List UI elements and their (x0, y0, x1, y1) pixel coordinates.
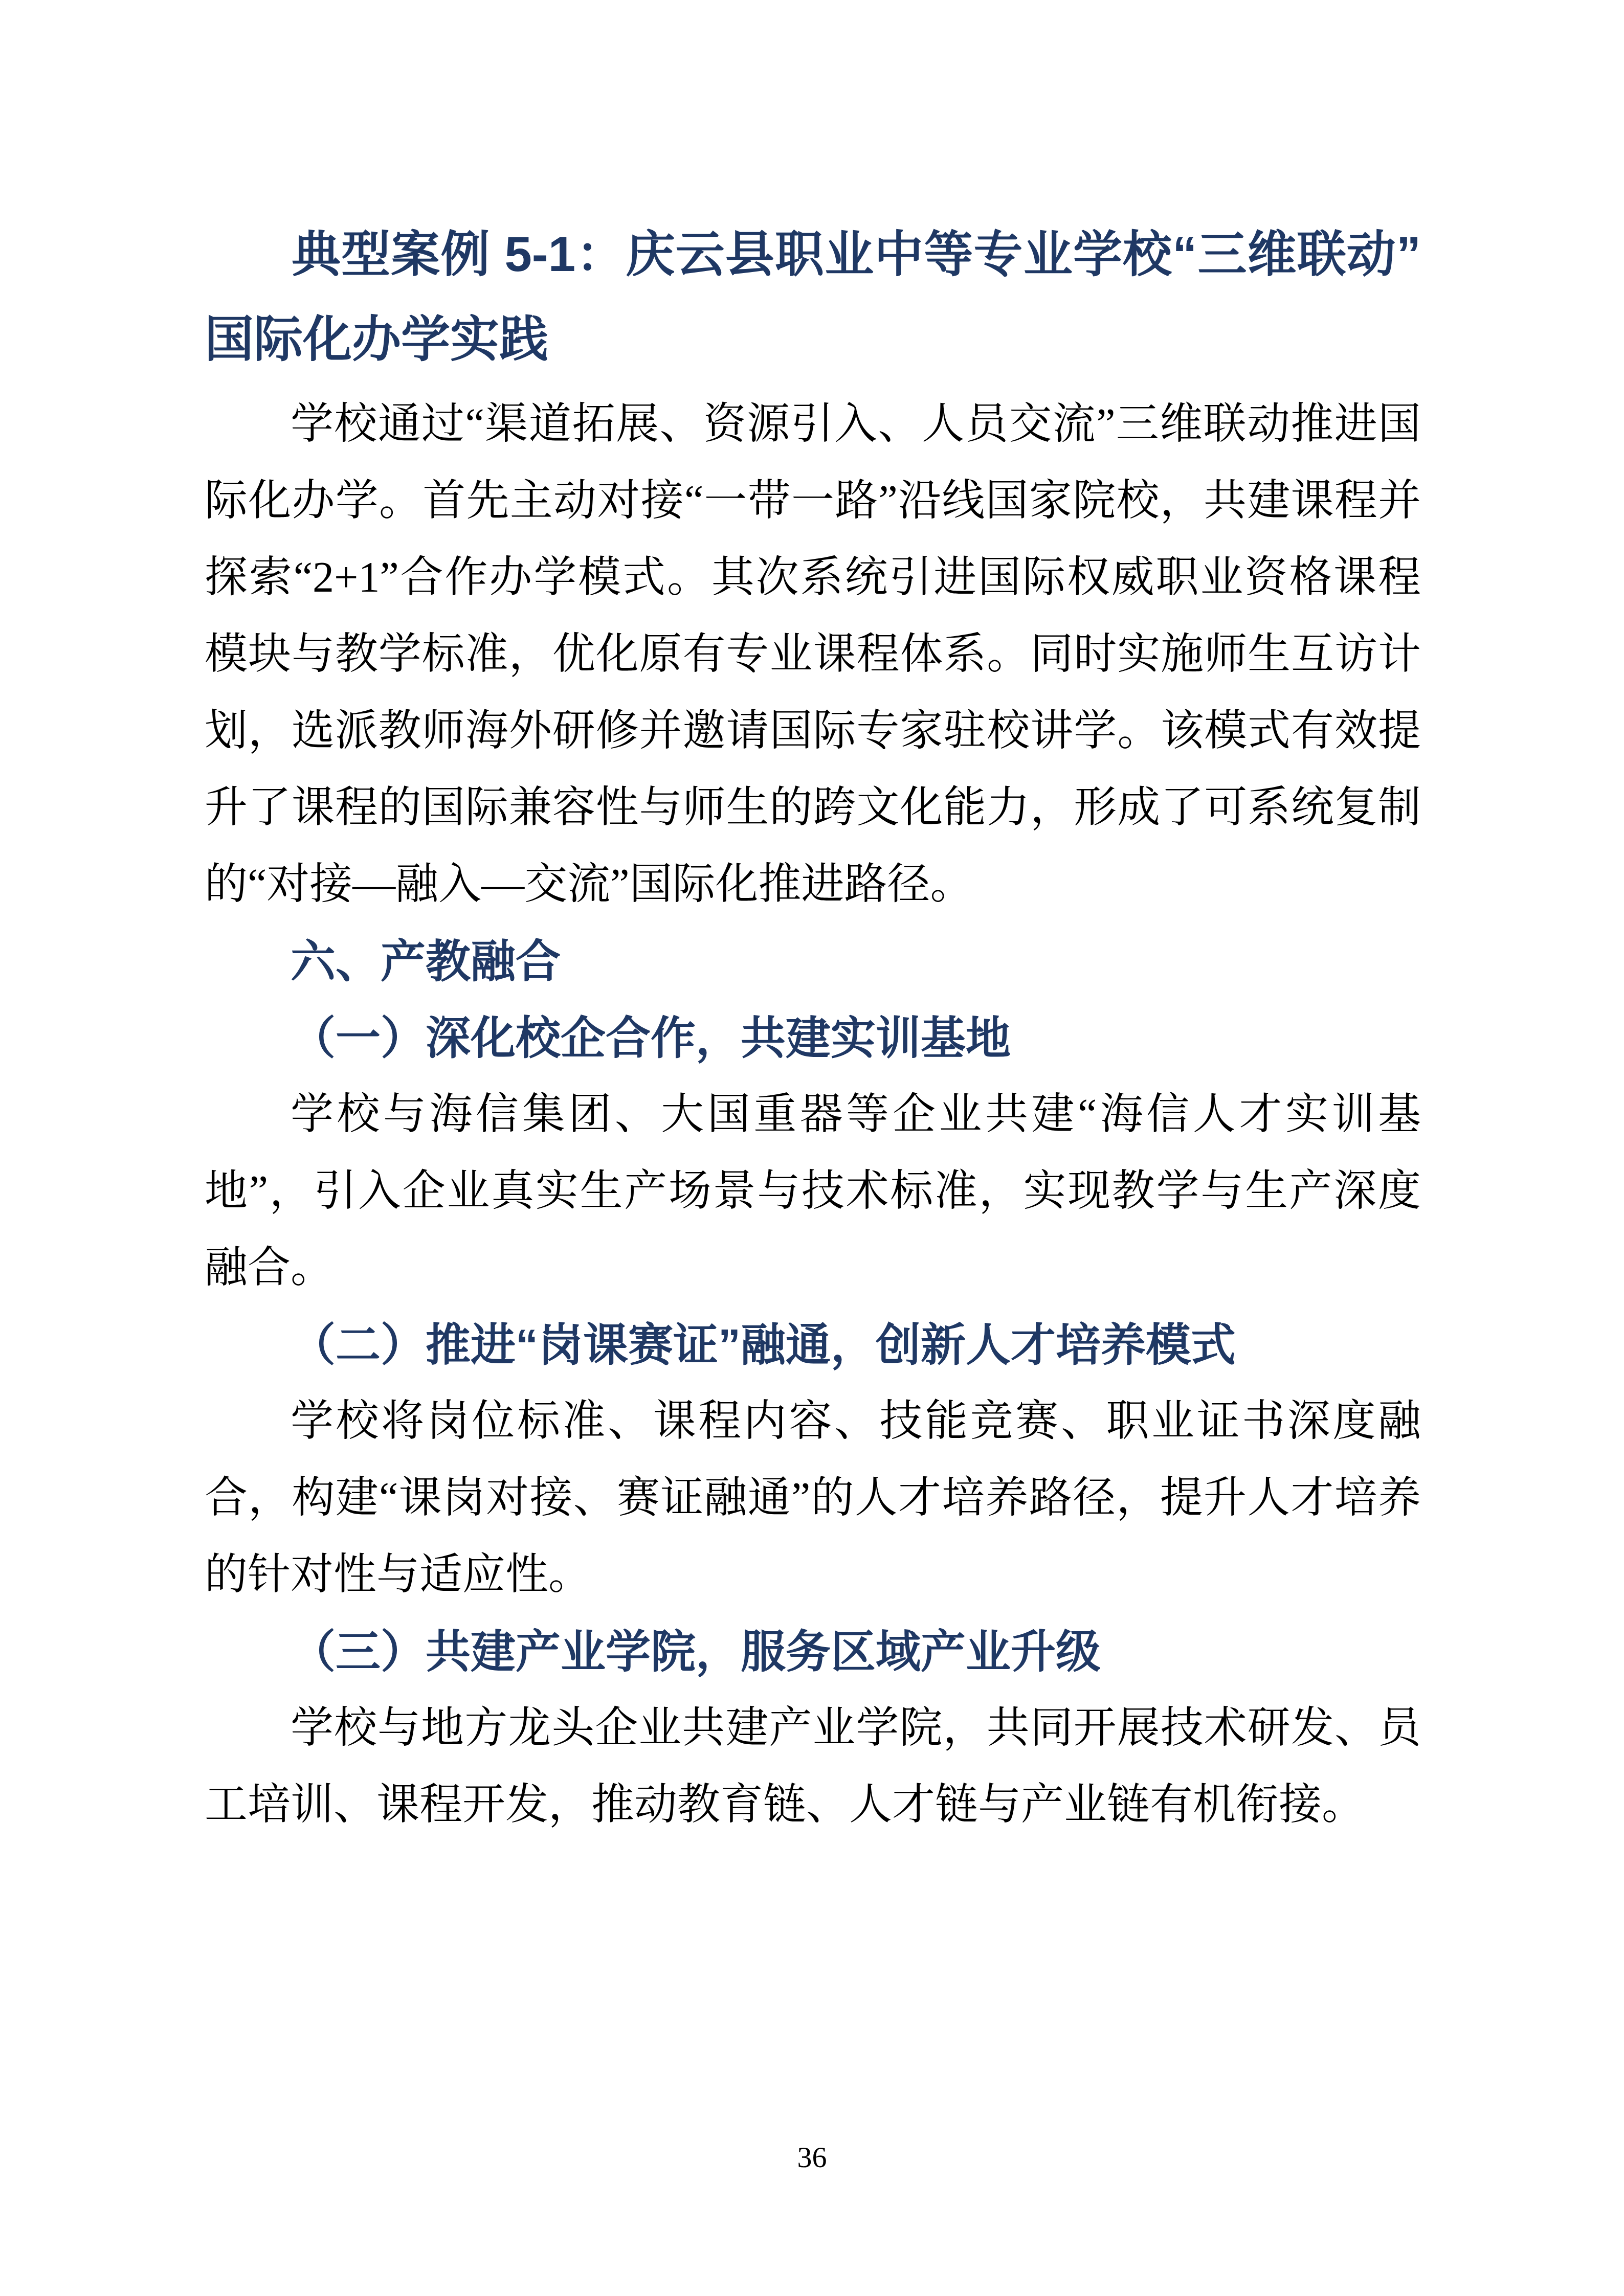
subsection-2-body: 学校将岗位标准、课程内容、技能竞赛、职业证书深度融合，构建“课岗对接、赛证融通”… (205, 1383, 1421, 1613)
page-content: 典型案例 5-1：庆云县职业中等专业学校“三维联动”国际化办学实践 学校通过“渠… (205, 212, 1421, 1843)
subsection-2-heading: （二）推进“岗课赛证”融通，创新人才培养模式 (205, 1307, 1421, 1383)
subsection-3-body: 学校与地方龙头企业共建产业学院，共同开展技术研发、员工培训、课程开发，推动教育链… (205, 1690, 1421, 1843)
subsection-1-body: 学校与海信集团、大国重器等企业共建“海信人才实训基地”，引入企业真实生产场景与技… (205, 1076, 1421, 1307)
subsection-3-heading: （三）共建产业学院，服务区域产业升级 (205, 1613, 1421, 1690)
case-body-paragraph: 学校通过“渠道拓展、资源引入、人员交流”三维联动推进国际化办学。首先主动对接“一… (205, 386, 1421, 923)
page-number: 36 (0, 2140, 1624, 2174)
document-page: 典型案例 5-1：庆云县职业中等专业学校“三维联动”国际化办学实践 学校通过“渠… (0, 0, 1624, 2296)
subsection-1-heading: （一）深化校企合作，共建实训基地 (205, 1000, 1421, 1076)
section-6-heading: 六、产教融合 (205, 923, 1421, 1000)
case-title: 典型案例 5-1：庆云县职业中等专业学校“三维联动”国际化办学实践 (205, 212, 1421, 382)
